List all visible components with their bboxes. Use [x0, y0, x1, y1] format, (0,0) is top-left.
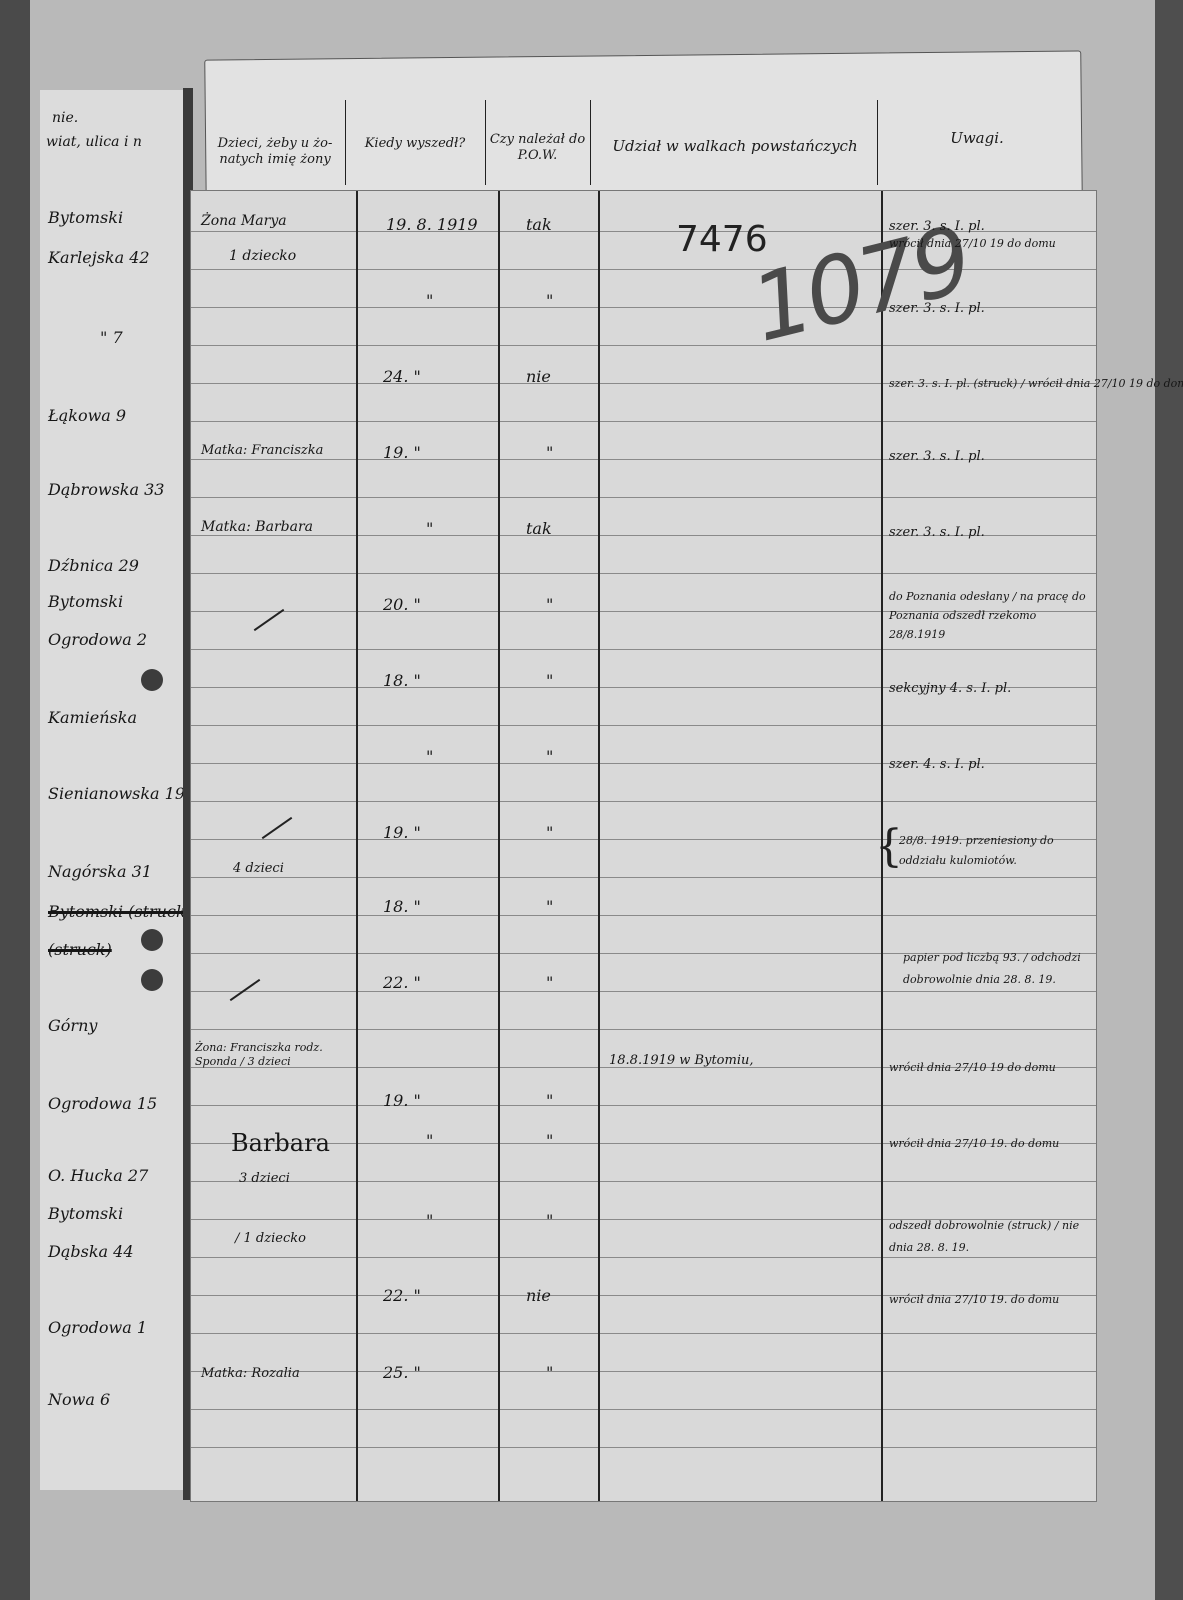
pow-cell: "	[546, 823, 553, 842]
date-cell: 19. "	[383, 823, 421, 842]
family-cell: / 1 dziecko	[235, 1231, 306, 1246]
address: Ogrodowa 2	[48, 630, 147, 649]
address: Ogrodowa 15	[48, 1094, 157, 1113]
address: Karlejska 42	[48, 248, 150, 267]
address: Bytomski	[48, 592, 123, 611]
table-header: Dzieci, żeby u żo-natych imię żony Kiedy…	[205, 100, 1080, 185]
pow-cell: tak	[526, 519, 552, 538]
address: Dąbska 44	[48, 1242, 134, 1261]
remarks-cell: do Poznania odesłany / na pracę do Pozna…	[889, 587, 1089, 644]
pow-cell: "	[546, 671, 553, 690]
header-remarks: Uwagi.	[877, 130, 1077, 146]
pow-cell: "	[546, 973, 553, 992]
pow-cell: "	[546, 747, 553, 766]
pow-cell: "	[546, 1211, 553, 1230]
battles-cell: 18.8.1919 w Bytomiu,	[609, 1053, 754, 1068]
address: Dąbrowska 33	[48, 480, 164, 499]
scan-border-right	[1155, 0, 1183, 1600]
left-header-line-2: wiat, ulica i n	[46, 134, 142, 150]
date-cell: "	[426, 1211, 433, 1230]
remarks-cell: szer. 4. s. I. pl.	[889, 757, 985, 772]
family-cell: Żona Marya	[201, 213, 287, 229]
left-page-flap: nie. wiat, ulica i n Bytomski Karlejska …	[40, 90, 189, 1490]
family-cell: Matka: Rozalia	[201, 1366, 300, 1381]
date-cell: 25. "	[383, 1363, 421, 1382]
date-cell: 18. "	[383, 671, 421, 690]
address: Bytomski	[48, 1204, 123, 1223]
family-cell: 3 dzieci	[239, 1171, 290, 1186]
pow-cell: nie	[526, 367, 551, 386]
date-cell: "	[426, 519, 433, 538]
date-cell: "	[426, 747, 433, 766]
column-divider	[498, 191, 500, 1501]
remarks-cell: papier pod liczbą 93. / odchodzi dobrowo…	[903, 947, 1088, 991]
remarks-cell: odszedł dobrowolnie (struck) / nie dnia …	[889, 1215, 1089, 1259]
address: Łąkowa 9	[48, 406, 126, 425]
remarks-cell: wrócił dnia 27/10 19. do domu	[889, 1137, 1059, 1150]
date-cell: 22. "	[383, 973, 421, 992]
pow-cell: "	[546, 897, 553, 916]
address: Sienianowska 19	[48, 784, 185, 803]
address: Górny	[48, 1016, 97, 1035]
address: O. Hucka 27	[48, 1166, 148, 1185]
remarks-cell: szer. 3. s. I. pl.	[889, 219, 985, 234]
family-cell: Matka: Franciszka	[201, 443, 323, 458]
remarks-cell: szer. 3. s. I. pl. (struck) / wrócił dni…	[889, 377, 1183, 390]
address: Kamieńska	[48, 708, 137, 727]
remarks-cell: szer. 3. s. I. pl.	[889, 525, 985, 540]
pow-cell: "	[546, 1091, 553, 1110]
header-pow: Czy należał do P.O.W.	[485, 132, 590, 164]
header-battles: Udział w walkach powstańczych	[605, 136, 865, 156]
pow-cell: nie	[526, 1286, 551, 1305]
date-cell: 19. "	[383, 443, 421, 462]
family-cell: Żona: Franciszka rodz. Sponda / 3 dzieci	[195, 1041, 355, 1069]
register-page: Żona Marya 1 dziecko Matka: Franciszka M…	[190, 190, 1097, 1502]
header-when-left: Kiedy wyszedł?	[345, 136, 485, 152]
date-cell: 19. "	[383, 1091, 421, 1110]
address-struck: (struck)	[48, 940, 112, 959]
address: Nowa 6	[48, 1390, 110, 1409]
pow-cell: "	[546, 1131, 553, 1150]
header-family: Dzieci, żeby u żo-natych imię żony	[205, 136, 345, 168]
remarks-cell: wrócił dnia 27/10 19 do domu	[889, 1061, 1056, 1074]
date-cell: 22. "	[383, 1286, 421, 1305]
date-cell: 18. "	[383, 897, 421, 916]
address: Ogrodowa 1	[48, 1318, 147, 1337]
remarks-cell: 28/8. 1919. przeniesiony do oddziału kul…	[899, 831, 1089, 871]
column-divider	[598, 191, 600, 1501]
remarks-cell: szer. 3. s. I. pl.	[889, 301, 985, 316]
address-struck: Bytomski (struck)	[48, 902, 192, 921]
date-cell: 20. "	[383, 595, 421, 614]
family-cell: Matka: Barbara	[201, 519, 313, 535]
pow-cell: tak	[526, 215, 552, 234]
family-cell: 1 dziecko	[229, 248, 296, 264]
left-header-line-1: nie.	[52, 110, 78, 126]
remarks-cell: szer. 3. s. I. pl.	[889, 449, 985, 464]
punch-hole	[141, 669, 163, 691]
date-cell: 24. "	[383, 367, 421, 386]
address: " 7	[100, 328, 123, 347]
address: Bytomski	[48, 208, 123, 227]
pow-cell: "	[546, 443, 553, 462]
pow-cell: "	[546, 291, 553, 310]
date-cell: "	[426, 1131, 433, 1150]
family-cell: 4 dzieci	[233, 861, 284, 876]
remarks-cell: wrócił dnia 27/10 19 do domu	[889, 237, 1056, 250]
remarks-cell: sekcyjny 4. s. I. pl.	[889, 681, 1011, 696]
date-cell: "	[426, 291, 433, 310]
remarks-cell: wrócił dnia 27/10 19. do domu	[889, 1293, 1059, 1306]
column-divider	[356, 191, 358, 1501]
family-cell: Barbara	[231, 1129, 330, 1157]
address: Nagórska 31	[48, 862, 152, 881]
address: Dźbnica 29	[48, 556, 139, 575]
punch-hole	[141, 969, 163, 991]
date-cell: 19. 8. 1919	[386, 215, 478, 234]
inventory-number: 7476	[676, 219, 768, 260]
pow-cell: "	[546, 595, 553, 614]
punch-hole	[141, 929, 163, 951]
pow-cell: "	[546, 1363, 553, 1382]
